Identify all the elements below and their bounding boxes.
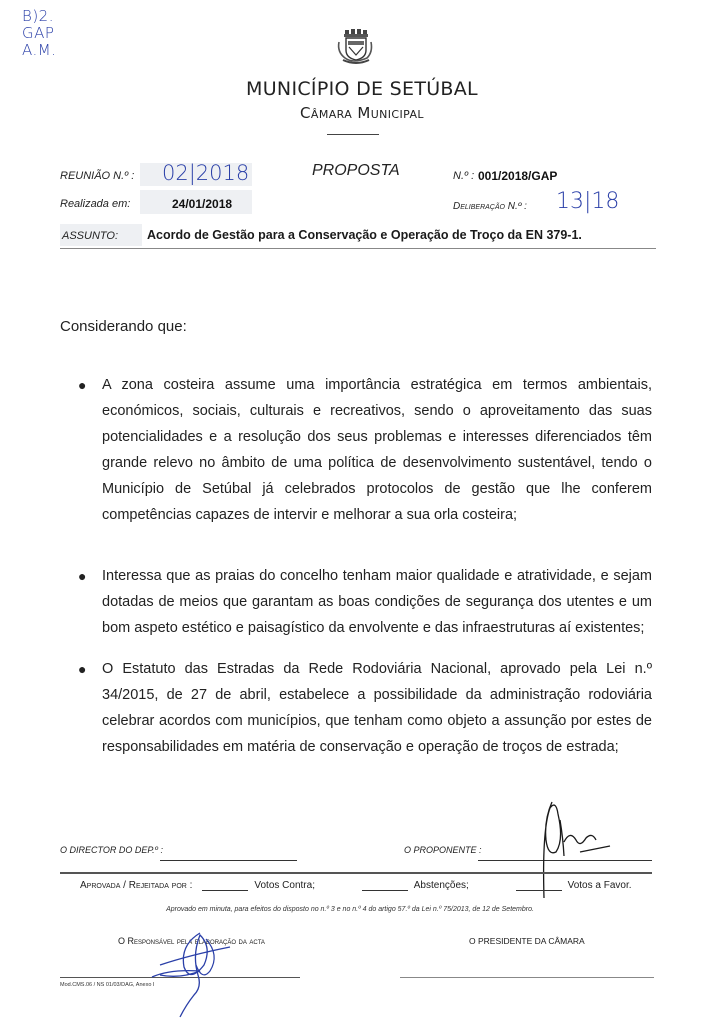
- intro-text: Considerando que:: [60, 318, 187, 335]
- abstencoes-blank: [362, 880, 408, 891]
- handwritten-line: GAP: [22, 25, 56, 42]
- deliberacao-label: Deliberação N.º :: [453, 201, 527, 212]
- proposal-number: 001/2018/GAP: [478, 169, 557, 183]
- votos-contra-label: Votos Contra;: [254, 880, 315, 891]
- bullet-icon: ●: [78, 656, 86, 682]
- list-item: ● O Estatuto das Estradas da Rede Rodovi…: [78, 656, 652, 760]
- aprovada-label: Aprovada / Rejeitada por :: [80, 880, 192, 891]
- bullet-text: A zona costeira assume uma importância e…: [102, 372, 652, 528]
- votos-favor-label: Votos a Favor.: [568, 880, 632, 891]
- bullet-text: O Estatuto das Estradas da Rede Rodoviár…: [102, 656, 652, 760]
- handwritten-line: B)2.: [22, 8, 56, 25]
- title-divider: [327, 134, 379, 135]
- realizada-label: Realizada em:: [60, 198, 130, 210]
- proponente-label: O PROPONENTE :: [404, 845, 482, 855]
- bullet-icon: ●: [78, 372, 86, 398]
- assunto-label: ASSUNTO:: [62, 230, 118, 242]
- handwritten-annotation: B)2. GAP A.M.: [22, 8, 56, 59]
- handwritten-line: A.M.: [22, 42, 56, 59]
- municipality-title: MUNICÍPIO DE SETÚBAL: [0, 78, 724, 100]
- votos-contra-blank: [202, 880, 248, 891]
- approval-divider: [60, 872, 652, 874]
- council-subtitle: Câmara Municipal: [0, 104, 724, 122]
- responsavel-signature-icon: [140, 925, 250, 1020]
- reuniao-number: 02|2018: [162, 161, 249, 185]
- meeting-date: 24/01/2018: [172, 197, 232, 211]
- director-signature-line: [160, 860, 297, 861]
- list-item: ● Interessa que as praias do concelho te…: [78, 563, 652, 641]
- presidente-label: O PRESIDENTE DA CÂMARA: [469, 936, 585, 946]
- voting-record: Aprovada / Rejeitada por :Votos Contra; …: [80, 880, 636, 891]
- subject-text: Acordo de Gestão para a Conservação e Op…: [147, 228, 582, 242]
- votos-favor-blank: [516, 880, 562, 891]
- reuniao-label: REUNIÃO N.º :: [60, 170, 134, 182]
- municipal-coat-of-arms-icon: [333, 28, 377, 66]
- bullet-text: Interessa que as praias do concelho tenh…: [102, 563, 652, 641]
- subject-divider: [60, 248, 656, 249]
- deliberacao-number: 13|18: [556, 189, 619, 214]
- abstencoes-label: Abstenções;: [414, 880, 469, 891]
- bullet-icon: ●: [78, 563, 86, 589]
- minuta-note: Aprovado em minuta, para efeitos do disp…: [0, 906, 700, 913]
- presidente-signature-line: [400, 977, 654, 978]
- proposta-heading: PROPOSTA: [312, 162, 400, 180]
- form-code: Mod.CMS.06 / NS 01/03/DAG, Anexo I: [60, 982, 154, 988]
- list-item: ● A zona costeira assume uma importância…: [78, 372, 652, 528]
- numero-label: N.º :: [453, 170, 474, 182]
- director-label: O DIRECTOR DO DEP.º :: [60, 845, 163, 855]
